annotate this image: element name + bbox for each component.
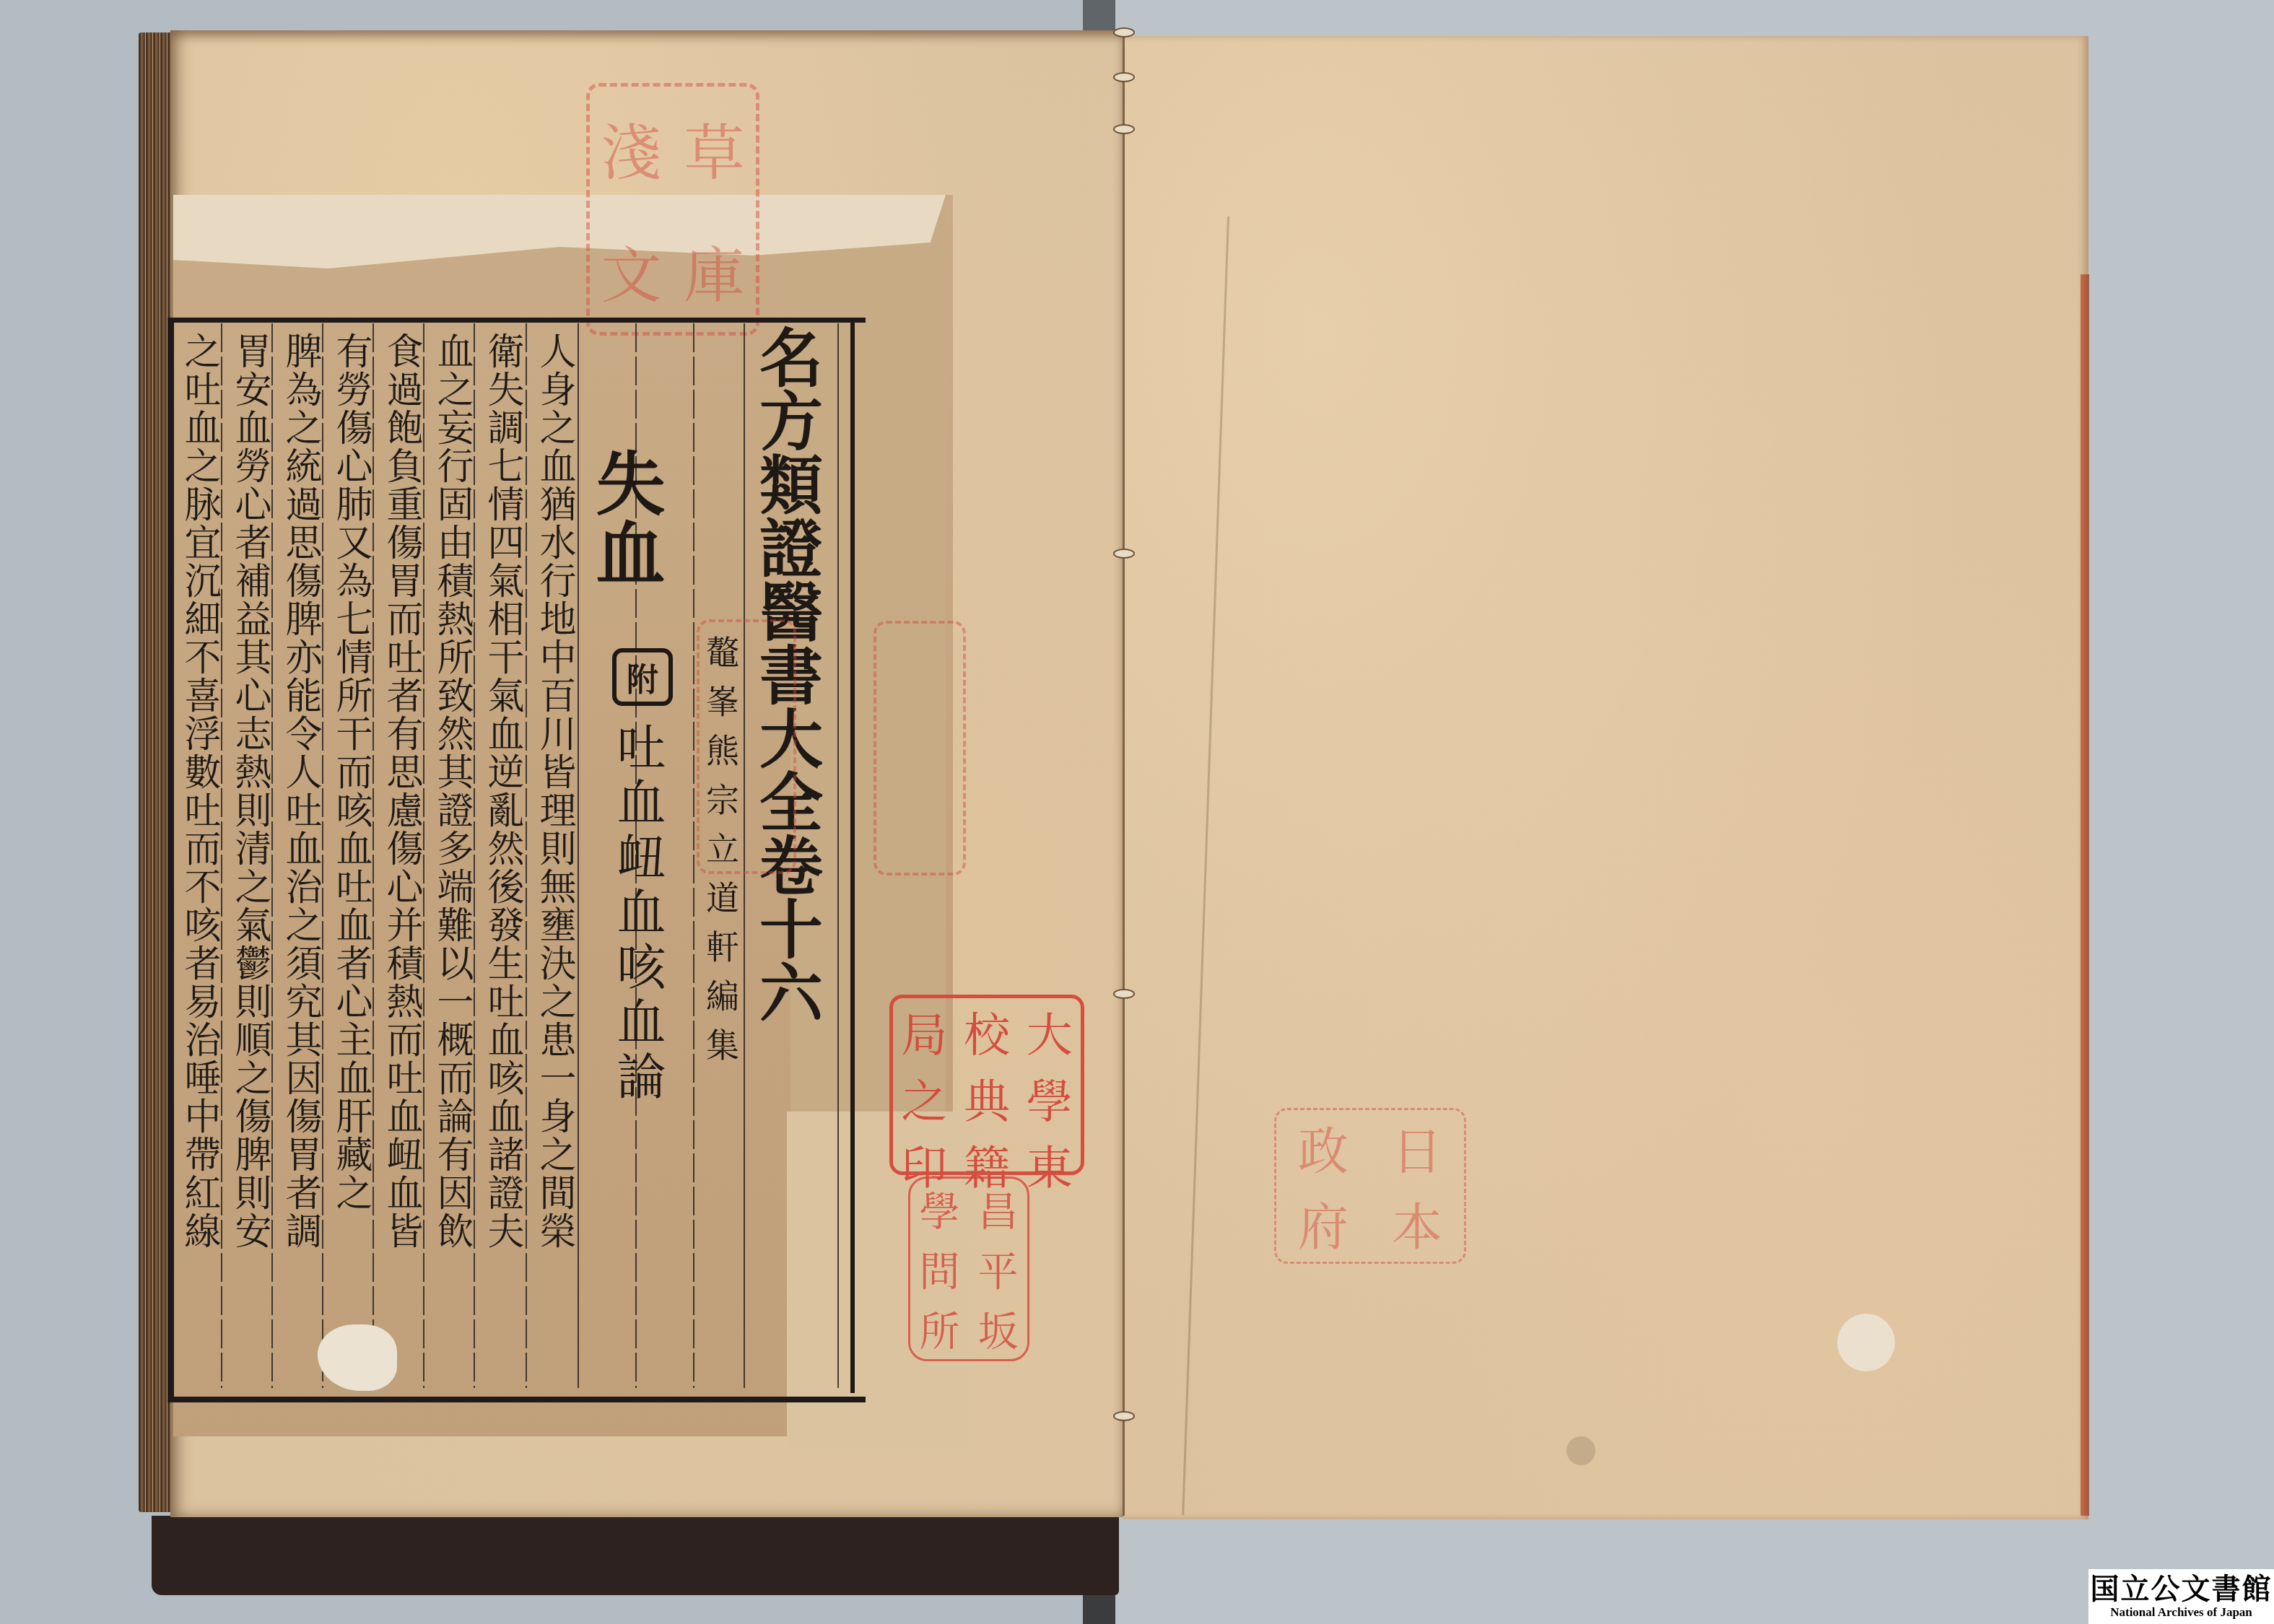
column-rule xyxy=(221,323,222,1388)
body-column: 血之妄行固由積熱所致然其證多端難以一概而論有因飲 xyxy=(433,332,470,1250)
archive-logo-english: National Archives of Japan xyxy=(2110,1606,2252,1618)
seal-top-library: 淺 草 文 庫 xyxy=(586,83,759,336)
seal-university: 局 校 大 之 典 學 印 籍 東 xyxy=(889,995,1084,1175)
binding-stitch xyxy=(1113,1411,1135,1421)
seal-library: 學 昌 問 平 所 坂 xyxy=(908,1176,1029,1361)
body-column: 胃安血勞心者補益其心志熱則清之氣鬱則順之傷脾則安 xyxy=(231,332,268,1250)
seal-char: 政 xyxy=(1276,1110,1370,1186)
seal-char: 學 xyxy=(910,1179,969,1239)
paper-stain xyxy=(1567,1436,1595,1465)
seal-char: 文 xyxy=(590,209,673,332)
column-rule xyxy=(322,323,323,1388)
seal-char: 校 xyxy=(956,998,1019,1065)
chapter-title: 失血 xyxy=(591,448,660,588)
right-page xyxy=(1123,36,2088,1519)
seal-faint-middle xyxy=(874,621,966,876)
seal-char: 坂 xyxy=(969,1299,1027,1359)
binding-stitch xyxy=(1113,72,1135,82)
body-column: 脾為之統過思傷脾亦能令人吐血治之須究其因傷胃者調 xyxy=(282,332,318,1250)
print-frame-right-border xyxy=(850,318,855,1393)
column-rule xyxy=(271,323,273,1388)
author-line: 鼇峯熊宗立道軒編集 xyxy=(704,635,737,1077)
book-cover-edge xyxy=(152,1516,1119,1595)
right-page-red-edge xyxy=(2081,274,2089,1516)
body-column: 人身之血猶水行地中百川皆理則無壅決之患一身之間榮 xyxy=(536,332,572,1250)
seal-char: 平 xyxy=(969,1239,1027,1298)
seal-char: 局 xyxy=(893,998,956,1065)
column-rule xyxy=(474,323,475,1388)
archive-logo-japanese: 国立公文書館 xyxy=(2091,1575,2273,1604)
body-column: 有勞傷心肺又為七情所干而咳血吐血者心主血肝藏之 xyxy=(332,332,369,1212)
body-column: 之吐血之脉宜沉細不喜浮數吐而不咳者易治唾中帶紅線 xyxy=(180,332,217,1250)
binding-stitch xyxy=(1113,989,1135,999)
binding-gutter xyxy=(1123,36,1125,1516)
chapter-subtitle: 吐血衄血咳血論 xyxy=(612,722,661,1106)
archive-logo: 国立公文書館 National Archives of Japan xyxy=(2088,1569,2274,1624)
column-rule xyxy=(526,323,527,1388)
binding-stitch xyxy=(1113,549,1135,559)
column-rule xyxy=(693,323,694,1388)
seal-char: 本 xyxy=(1370,1186,1464,1262)
column-rule xyxy=(578,323,579,1388)
seal-right-page-faint: 政 日 府 本 xyxy=(1274,1108,1466,1264)
paper-stain xyxy=(1837,1314,1895,1371)
binding-stitch xyxy=(1113,27,1135,38)
column-rule xyxy=(423,323,424,1388)
seal-char: 府 xyxy=(1276,1186,1370,1262)
column-rule xyxy=(837,323,839,1388)
seal-char: 日 xyxy=(1370,1110,1464,1186)
body-column: 衛失調七情四氣相干氣血逆亂然後發生吐血咳血諸證夫 xyxy=(484,332,520,1250)
binding-stitch xyxy=(1113,124,1135,134)
seal-char: 學 xyxy=(1018,1065,1081,1131)
column-rule xyxy=(373,323,374,1388)
seal-char: 之 xyxy=(893,1065,956,1131)
appendix-badge: 附 xyxy=(612,648,673,706)
body-column: 食過飽負重傷胃而吐者有思慮傷心并積熱而吐血衄血皆 xyxy=(383,332,419,1250)
seal-char: 問 xyxy=(910,1239,969,1298)
seal-char: 所 xyxy=(910,1299,969,1359)
seal-char: 大 xyxy=(1018,998,1081,1065)
seal-char: 典 xyxy=(956,1065,1019,1131)
seal-char: 昌 xyxy=(969,1179,1027,1239)
seal-char: 草 xyxy=(673,87,756,209)
seal-char: 庫 xyxy=(673,209,756,332)
seal-char: 淺 xyxy=(590,87,673,209)
